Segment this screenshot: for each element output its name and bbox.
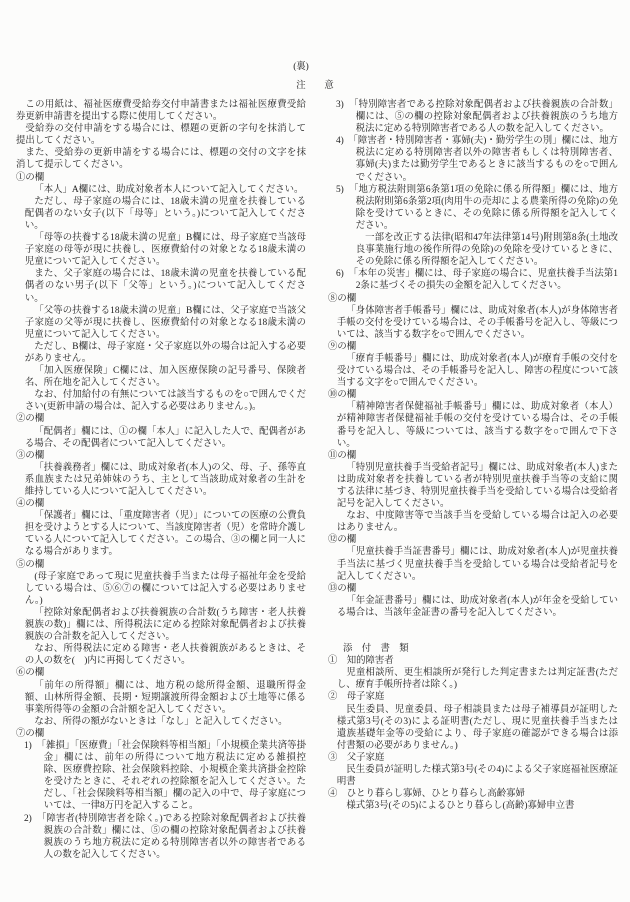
section-label: ⑨の欄 (328, 341, 618, 353)
section-paragraph: 「前年の所得額」欄には、地方税の総所得金額、退職所得金額、山林所得金額、長期・短… (25, 680, 306, 716)
attachment-item-label: ① 知的障害者 (328, 655, 618, 667)
page-side-label: (裏) (0, 61, 602, 73)
section-paragraph: 「母等の扶養する18歳未満の児童」B欄には、母子家庭で当該母子家庭の母等が現に扶… (25, 232, 306, 268)
numbered-item: 2) 「障害者(特別障害者を除く。)である控除対象配偶者および扶養親族の合計数」… (24, 813, 306, 861)
section-label: ⑪の欄 (328, 450, 618, 462)
numbered-item: 6) 「本年の災害」欄には、母子家庭の場合に、児童扶養手当法第12条に基づくその… (336, 268, 618, 292)
intro-paragraph: 受給券の交付申請をする場合には、標題の更新の字句を抹消して提出してください。 (16, 123, 306, 147)
numbered-item: 5) 「地方税法附則第6条第1項の免除に係る所得額」欄には、地方税法附則第6条第… (336, 184, 618, 232)
section-paragraph: なお、所得の額がないときは「なし」と記入してください。 (25, 716, 306, 728)
section-paragraph: 「扶養義務者」欄には、助成対象者(本人)の父、母、子、孫等直系血族または兄弟姉妹… (25, 462, 306, 498)
section-paragraph: 「控除対象配偶者および扶養親族の合計数(うち障害・老人扶養親族の数)」欄には、所… (25, 607, 306, 643)
section-paragraph: また、父子家庭の場合には、18歳未満の児童を扶養している配偶者のない男子(以下「… (25, 268, 306, 304)
section-label: ⑦の欄 (16, 728, 306, 740)
section-label: ③の欄 (16, 450, 306, 462)
page-title: 注 意 (0, 80, 630, 92)
section-label: ②の欄 (16, 413, 306, 425)
section-paragraph: 「本人」A欄には、助成対象者本人について記入してください。 (25, 184, 306, 196)
section-paragraph: 「保護者」欄には、「重度障害者（児）」についての医療の公費負担を受けようとする人… (25, 510, 306, 558)
left-column: この用紙は、福祉医療費受給券交付申請書または福祉医療費受給券更新申請書を提出する… (16, 99, 306, 861)
section-label: ⑥の欄 (16, 667, 306, 679)
section-paragraph: 民生委員、児童委員、母子相談員または母子補導員が証明した様式第3号(その3)によ… (337, 704, 618, 752)
section-label: ⑧の欄 (328, 293, 618, 305)
attachment-item-label: ③ 父子家庭 (328, 752, 618, 764)
attachment-item-label: ② 母子家庭 (328, 691, 618, 703)
section-paragraph: なお、中度障害等で当該手当を受給している場合は記入の必要はありません。 (337, 510, 618, 534)
attachments-header: 添 付 書 類 (343, 643, 618, 655)
section-label: ⑬の欄 (328, 583, 618, 595)
section-paragraph: (母子家庭であって現に児童扶養手当または母子福祉年金を受給している場合は、⑤⑥⑦… (25, 571, 306, 607)
section-paragraph: 「身体障害者手帳番号」欄には、助成対象者(本人)が身体障害者手帳の交付を受けてい… (337, 305, 618, 341)
attachment-item-label: ④ ひとり暮らし寡婦、ひとり暮らし高齢寡婦 (328, 788, 618, 800)
section-paragraph: 「父等の扶養する18歳未満の児童」B欄には、父子家庭で当該父子家庭の父等が現に扶… (25, 305, 306, 341)
document-page: (裏) 注 意 この用紙は、福祉医療費受給券交付申請書または福祉医療費受給券更新… (0, 0, 630, 902)
section-label: ⑫の欄 (328, 534, 618, 546)
section-label: ①の欄 (16, 172, 306, 184)
section-label: ⑩の欄 (328, 389, 618, 401)
section-paragraph: 「年金証書番号」欄には、助成対象者(本人)が年金を受給している場合は、当該年金証… (337, 595, 618, 619)
spacer (328, 619, 618, 643)
right-column: 3) 「特別障害者である控除対象配偶者および扶養親族の合計数」欄には、⑤の欄の控… (328, 99, 618, 861)
section-paragraph: 「児童扶養手当証書番号」欄には、助成対象者(本人)が児童扶養手当法に基づく児童扶… (337, 546, 618, 582)
section-paragraph: 様式第3号(その5)によるひとり暮らし(高齢)寡婦申立書 (337, 800, 618, 812)
section-paragraph: ただし、B欄は、母子家庭・父子家庭以外の場合は記入する必要がありません。 (25, 341, 306, 365)
section-label: ⑤の欄 (16, 559, 306, 571)
numbered-item: 3) 「特別障害者である控除対象配偶者および扶養親族の合計数」欄には、⑤の欄の控… (336, 99, 618, 135)
numbered-item: 4) 「障害者・特別障害者・寡婦(夫)・勤労学生の別」欄には、地方税法に定める特… (336, 135, 618, 183)
section-paragraph: なお、付加給付の有無については該当するものを○で囲んでください(更新申請の場合は… (25, 389, 306, 413)
numbered-item-continuation: 一部を改正する法律(昭和47年法律第14号)附則第8条(土地改良事業施行地の後作… (356, 232, 618, 268)
section-paragraph: 「配偶者」欄には、①の欄「本人」に記入した人で、配偶者がある場合、その配偶者につ… (25, 426, 306, 450)
section-paragraph: 「特別児童扶養手当受給者記号」欄には、助成対象者(本人)または助成対象者を扶養し… (337, 462, 618, 510)
intro-paragraph: また、受給券の更新申請をする場合には、標題の交付の文字を抹消して提示してください… (16, 147, 306, 171)
two-column-text: この用紙は、福祉医療費受給券交付申請書または福祉医療費受給券更新申請書を提出する… (16, 99, 618, 861)
section-paragraph: 民生委員が証明した様式第3号(その4)による父子家庭福祉医療証明書 (337, 764, 618, 788)
intro-paragraph: この用紙は、福祉医療費受給券交付申請書または福祉医療費受給券更新申請書を提出する… (16, 99, 306, 123)
section-label: ④の欄 (16, 498, 306, 510)
section-paragraph: 児童相談所、更生相談所が発行した判定書または判定証書(ただし、療育手帳所持者は除… (337, 667, 618, 691)
section-paragraph: なお、所得税法に定める障害・老人扶養親族があるときは、その人の数を( )内に再掲… (25, 643, 306, 667)
section-paragraph: ただし、母子家庭の場合には、18歳未満の児童を扶養している配偶者のない女子(以下… (25, 196, 306, 232)
section-paragraph: 「加入医療保険」C欄には、加入医療保険の記号番号、保険者名、所在地を記入してくだ… (25, 365, 306, 389)
numbered-item: 1) 「雑損」「医療費」「社会保険料等相当額」「小規模企業共済等掛金」欄には、前… (24, 740, 306, 813)
section-paragraph: 「精神障害者保健福祉手帳番号」欄には、助成対象者（本人）が精神障害者保健福祉手帳… (337, 401, 618, 449)
section-paragraph: 「療育手帳番号」欄には、助成対象者(本人)が療育手帳の交付を受けている場合は、そ… (337, 353, 618, 389)
